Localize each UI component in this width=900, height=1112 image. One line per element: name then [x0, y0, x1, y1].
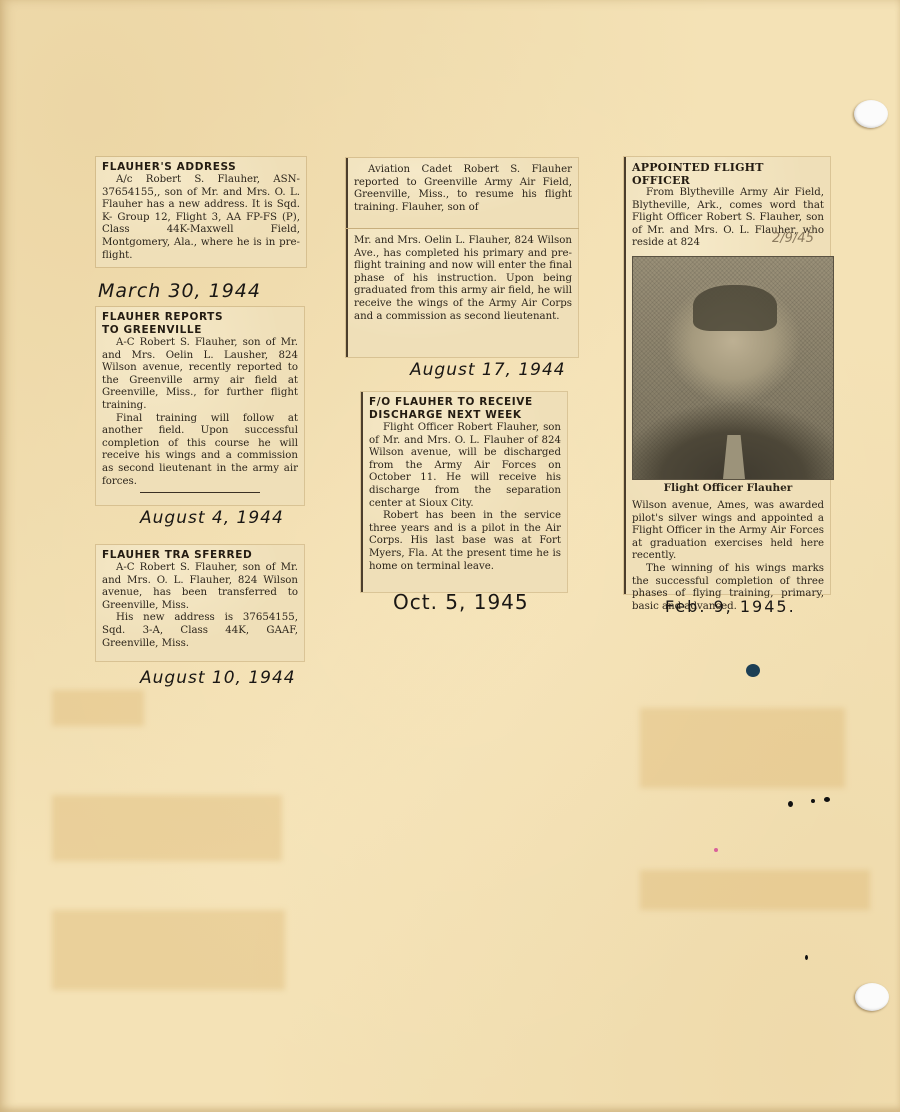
pencil-date-note: 2/9/45 [772, 231, 814, 246]
clipping-aviation-cadet-top: Aviation Cadet Robert S. Flauher reporte… [346, 158, 578, 228]
handwritten-date: August 17, 1944 [410, 360, 566, 380]
glue-stain [640, 870, 870, 910]
handwritten-date: March 30, 1944 [98, 280, 261, 302]
paragraph: Wilson avenue, Ames, was awarded pilot's… [632, 500, 824, 563]
headline: APPOINTED FLIGHT OFFICER [632, 161, 824, 187]
paragraph: Flight Officer Robert Flauher, son of Mr… [369, 422, 561, 510]
handwritten-date: August 4, 1944 [140, 508, 284, 528]
headline: FLAUHER TRA SFERRED [102, 549, 298, 562]
photo-tie-shape [723, 435, 745, 479]
article-body: Flight Officer Robert Flauher, son of Mr… [369, 422, 561, 573]
article-body: Mr. and Mrs. Oelin L. Flauher, 824 Wilso… [354, 235, 572, 323]
pink-spot [714, 848, 718, 852]
paragraph: Final training will follow at another fi… [102, 413, 298, 489]
paragraph: A-C Robert S. Flauher, son of Mr. and Mr… [102, 337, 298, 413]
paragraph: Robert has been in the service three yea… [369, 510, 561, 573]
glue-stain [52, 910, 285, 990]
photo-hair-shape [693, 285, 777, 331]
photo-caption: Flight Officer Flauher [632, 482, 824, 494]
ink-spot [805, 955, 808, 960]
headline: FLAUHER'S ADDRESS [102, 161, 300, 174]
headline: DISCHARGE NEXT WEEK [369, 409, 561, 422]
headline: F/O FLAUHER TO RECEIVE [369, 396, 561, 409]
ink-blot [746, 664, 760, 677]
clipping-flauhers-address: FLAUHER'S ADDRESS A/c Robert S. Flauher,… [96, 157, 306, 267]
separator-rule [140, 492, 260, 493]
ink-spot [824, 797, 830, 802]
clipping-aviation-cadet-bottom: Mr. and Mrs. Oelin L. Flauher, 824 Wilso… [346, 229, 578, 357]
article-body: A-C Robert S. Flauher, son of Mr. and Mr… [102, 337, 298, 488]
ink-spot [811, 799, 815, 803]
portrait-photo [632, 256, 834, 480]
article-body: Aviation Cadet Robert S. Flauher reporte… [354, 164, 572, 214]
paragraph: A-C Robert S. Flauher, son of Mr. and Mr… [102, 562, 298, 612]
headline: TO GREENVILLE [102, 324, 298, 337]
paragraph: His new address is 37654155, Sqd. 3-A, C… [102, 612, 298, 650]
clipping-flauher-reports: FLAUHER REPORTS TO GREENVILLE A-C Robert… [96, 307, 304, 505]
handwritten-date: August 10, 1944 [140, 668, 296, 688]
headline: FLAUHER REPORTS [102, 311, 298, 324]
ink-spot [788, 801, 793, 807]
glue-stain [52, 795, 282, 861]
article-body: A-C Robert S. Flauher, son of Mr. and Mr… [102, 562, 298, 650]
clipping-appointed-flight-officer: APPOINTED FLIGHT OFFICER From Blythevill… [624, 157, 830, 594]
clipping-flauher-transferred: FLAUHER TRA SFERRED A-C Robert S. Flauhe… [96, 545, 304, 661]
paragraph: A/c Robert S. Flauher, ASN-37654155,, so… [102, 174, 300, 262]
paragraph: Aviation Cadet Robert S. Flauher reporte… [354, 164, 572, 214]
paragraph: Mr. and Mrs. Oelin L. Flauher, 824 Wilso… [354, 235, 572, 323]
binder-hole-top [854, 100, 888, 128]
clipping-discharge: F/O FLAUHER TO RECEIVE DISCHARGE NEXT WE… [361, 392, 567, 592]
handwritten-date: Oct. 5, 1945 [393, 590, 529, 614]
binder-hole-bottom [855, 983, 889, 1011]
glue-stain [52, 690, 144, 726]
glue-stain [640, 708, 845, 788]
handwritten-date: Feb. 9, 1945. [665, 597, 796, 616]
article-body: A/c Robert S. Flauher, ASN-37654155,, so… [102, 174, 300, 262]
